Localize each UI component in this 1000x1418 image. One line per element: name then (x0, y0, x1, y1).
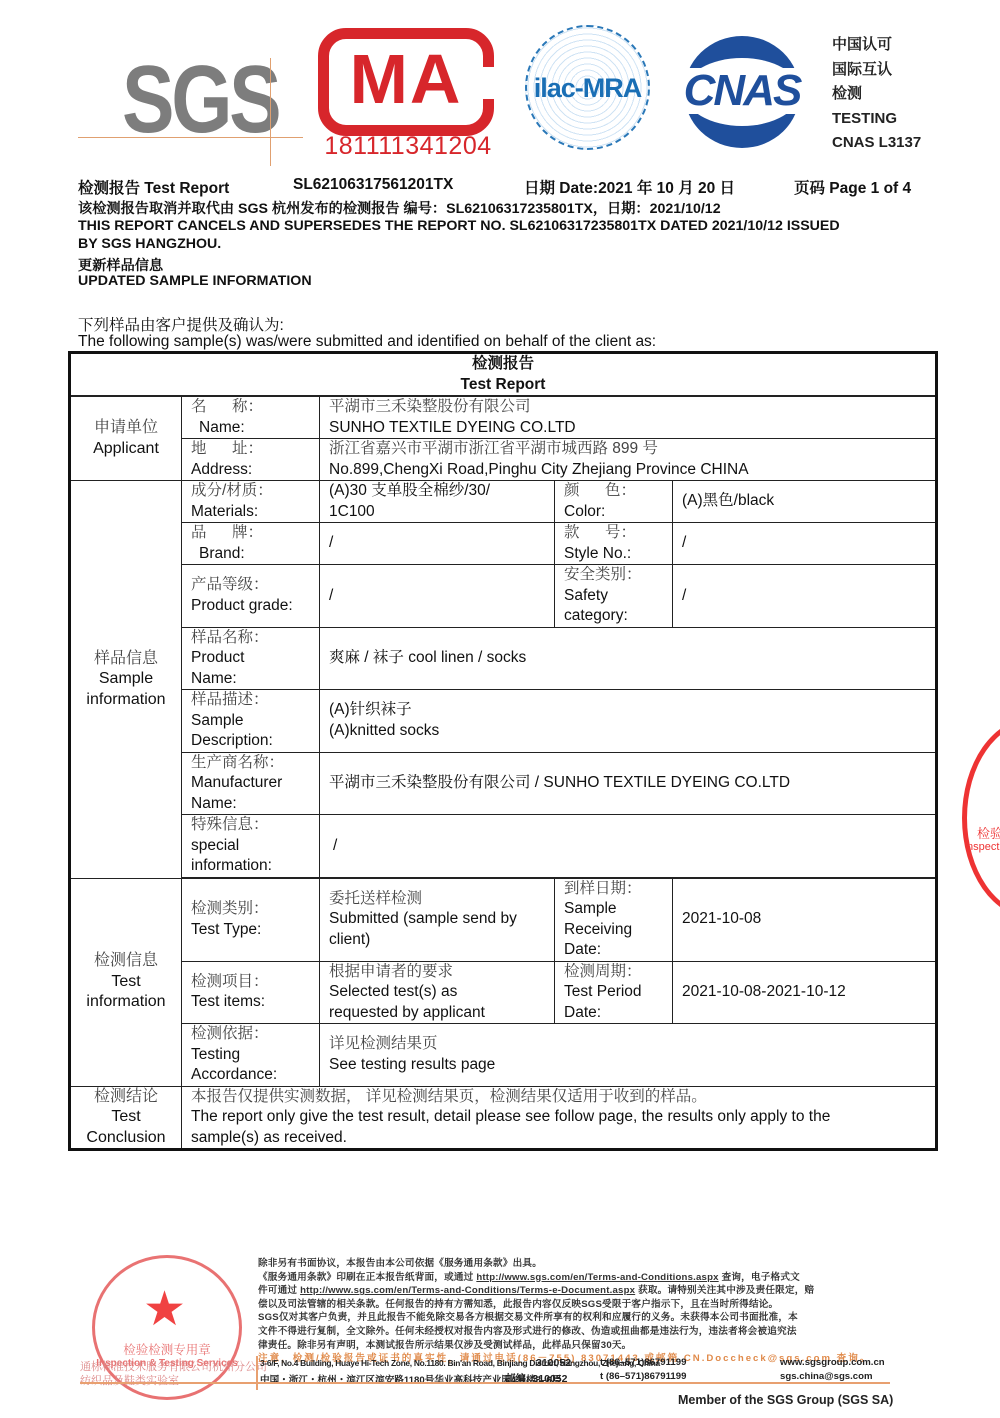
label-zh: 牌： (232, 523, 263, 544)
value-safety-category: / (673, 565, 937, 628)
report-number: SL62106317561201TX (293, 176, 453, 194)
label-zh: 样品描述： (191, 690, 311, 711)
value-applicant-name: 平湖市三禾染整股份有限公司 SUNHO TEXTILE DYEING CO.LT… (320, 396, 937, 439)
section-test-conclusion: 检测结论 Test Conclusion (70, 1086, 182, 1150)
report-label: 检测报告 Test Report (78, 176, 229, 198)
label-sample-description: 样品描述： Sample Description: (182, 690, 320, 753)
value-zh: 本报告仅提供实测数据， 详见检测结果页，检测结果仅适用于收到的样品。 (191, 1087, 927, 1108)
value-zh: 委托送样检测 (329, 889, 546, 910)
value-en: The report only give the test result, de… (191, 1107, 927, 1128)
label-en: Product (191, 648, 311, 669)
label-en: Name: (191, 669, 311, 690)
label-en: Style No.: (564, 544, 664, 565)
table-row: 样品名称： Product Name: 爽麻 / 袜子 cool linen /… (70, 627, 937, 690)
footer-divider (80, 1382, 890, 1384)
section-test-information: 检测信息 Test information (70, 878, 182, 1086)
value-zh: 平湖市三禾染整股份有限公司 (329, 397, 927, 418)
table-row: 检测结论 Test Conclusion 本报告仅提供实测数据， 详见检测结果页… (70, 1086, 937, 1150)
fine-print-text: 件可通过 (258, 1285, 297, 1296)
cancel-notice-en-2: BY SGS HANGZHOU. (78, 236, 221, 252)
value-en: Submitted (sample send by (329, 909, 546, 930)
fine-print-line: 文件不得进行复制，全文除外。任何未经授权对报告内容及形式进行的修改、伪造或扭曲都… (258, 1325, 878, 1339)
label-en: Address: (191, 460, 311, 481)
label-en: Description: (191, 731, 311, 752)
value-sample-description: (A)针织袜子 (A)knitted socks (320, 690, 937, 753)
label-zh: 色： (605, 481, 636, 502)
label-en: Date: (564, 1003, 664, 1024)
label-zh: 称： (232, 397, 263, 418)
footer-divider (256, 1356, 258, 1390)
label-zh: 生产商名称： (191, 753, 311, 774)
star-icon: ★ (143, 1286, 186, 1334)
table-row: 地址： Address: 浙江省嘉兴市平湖市浙江省平湖市城西路 899 号 No… (70, 439, 937, 481)
value-line: (A)30 支单股全棉纱/30/ (329, 481, 546, 502)
cma-logo: MA 181111341204 (316, 26, 496, 160)
value-en: Selected test(s) as (329, 982, 546, 1003)
table-row: 生产商名称： Manufacturer Name: 平湖市三禾染整股份有限公司 … (70, 752, 937, 815)
cma-mark: MA (328, 44, 484, 114)
value-en: No.899,ChengXi Road,Pinghu City Zhejiang… (329, 460, 927, 481)
terms-fine-print: 除非另有书面协议，本报告由本公司依据《服务通用条款》出具。 《服务通用条款》印刷… (258, 1257, 878, 1366)
website-link[interactable]: www.sgsgroup.com.cn (780, 1357, 885, 1368)
section-sample-information: 样品信息 Sample information (70, 481, 182, 879)
label-materials: 成分/材质： Materials: (182, 481, 320, 523)
logo-rule (270, 58, 271, 166)
value-brand: / (320, 523, 555, 565)
value-applicant-address: 浙江省嘉兴市平湖市浙江省平湖市城西路 899 号 No.899,ChengXi … (320, 439, 937, 481)
fine-print-line: 律责任。除非另有声明，本测试报告所示结果仅涉及受测试样品，此样品只保留30天。 (258, 1339, 878, 1353)
email-link[interactable]: sgs.china@sgs.com (780, 1371, 873, 1382)
seal-text: nspection (967, 841, 1000, 853)
label-en: Test items: (191, 992, 311, 1013)
cancel-notice-en: THIS REPORT CANCELS AND SUPERSEDES THE R… (78, 218, 840, 234)
phone-number: t (86–571)86791199 (600, 1371, 686, 1382)
value-test-conclusion: 本报告仅提供实测数据， 详见检测结果页，检测结果仅适用于收到的样品。 The r… (182, 1086, 937, 1150)
seal-text: 检验检测专用章 (95, 1340, 239, 1358)
accreditation-text: 中国认可 国际互认 检测 TESTING CNAS L3137 (832, 33, 921, 156)
label-zh: 品 (191, 523, 207, 544)
sgs-logo-text: SGS (122, 52, 278, 148)
value-en: See testing results page (329, 1055, 927, 1076)
section-label-en: Test (75, 972, 177, 993)
label-zh: 特殊信息： (191, 815, 311, 836)
value-en: SUNHO TEXTILE DYEING CO.LTD (329, 418, 927, 439)
value-en: sample(s) as received. (191, 1128, 927, 1149)
label-en: Name: (191, 418, 311, 439)
label-brand: 品牌： Brand: (182, 523, 320, 565)
page-number: 页码 Page 1 of 4 (794, 176, 911, 198)
value-product-name: 爽麻 / 袜子 cool linen / socks (320, 627, 937, 690)
fine-print-line: 件可通过 http://www.sgs.com/en/Terms-and-Con… (258, 1284, 878, 1298)
section-label-zh: 检测结论 (75, 1087, 177, 1108)
label-zh: 样品名称： (191, 628, 311, 649)
label-zh: 地 (191, 439, 207, 460)
test-report-table: 检测报告 Test Report 申请单位 Applicant 名称： Name… (68, 351, 938, 1151)
label-zh: 检测周期： (564, 962, 664, 983)
value-en: requested by applicant (329, 1003, 546, 1024)
label-zh: 款 (564, 523, 580, 544)
label-en: Brand: (191, 544, 311, 565)
label-style-no: 款号： Style No.: (555, 523, 673, 565)
value-test-period-date: 2021-10-08-2021-10-12 (673, 961, 937, 1024)
label-en: Sample (564, 899, 664, 920)
cnas-logo: CNAS (668, 36, 816, 148)
label-testing-accordance: 检测依据： Testing Accordance: (182, 1024, 320, 1087)
label-en: information: (191, 856, 311, 877)
postcode-en: 310052 (536, 1357, 571, 1369)
accreditation-line: 中国认可 (832, 33, 921, 58)
table-row: 样品描述： Sample Description: (A)针织袜子 (A)kni… (70, 690, 937, 753)
table-row: 产品等级： Product grade: / 安全类别： Safety cate… (70, 565, 937, 628)
fine-print-text: 查询，电子格式文 (722, 1272, 800, 1283)
label-manufacturer-name: 生产商名称： Manufacturer Name: (182, 752, 320, 815)
fine-print-text: 《服务通用条款》印刷在正本报告纸背面，或通过 (258, 1272, 473, 1283)
label-zh: 检测依据： (191, 1024, 311, 1045)
label-zh: 颜 (564, 481, 580, 502)
value-en: client) (329, 930, 546, 951)
fine-print-line: SGS仅对其客户负责，并且此报告不能免除交易各方根据交易文件所享有的权利和应履行… (258, 1311, 878, 1325)
accreditation-line: TESTING (832, 107, 921, 132)
label-en: Safety (564, 586, 664, 607)
value-line: 1C100 (329, 502, 546, 523)
label-en: Test Period (564, 982, 664, 1003)
label-en: Testing (191, 1045, 311, 1066)
section-applicant: 申请单位 Applicant (70, 396, 182, 481)
report-date: 日期 Date:2021 年 10 月 20 日 (524, 176, 735, 198)
table-row: 品牌： Brand: / 款号： Style No.: / (70, 523, 937, 565)
value-zh: 详见检测结果页 (329, 1034, 927, 1055)
table-row: 检测依据： Testing Accordance: 详见检测结果页 See te… (70, 1024, 937, 1087)
label-zh: 产品等级： (191, 575, 311, 596)
label-en: Name: (191, 794, 311, 815)
label-en: Product grade: (191, 596, 311, 617)
cnas-text: CNAS (668, 68, 816, 114)
section-label-zh: 申请单位 (75, 418, 177, 439)
intro-en: The following sample(s) was/were submitt… (78, 333, 656, 351)
label-color: 颜色： Color: (555, 481, 673, 523)
terms-link[interactable]: http://www.sgs.com/en/Terms-and-Conditio… (476, 1272, 718, 1283)
intro-zh: 下列样品由客户提供及确认为: (78, 313, 284, 335)
sgs-logo: SGS (78, 30, 303, 140)
fine-print-line: 偿以及司法管辖的相关条款。任何报告的持有方需知悉，此报告内容仅反映SGS受限于客… (258, 1298, 878, 1312)
label-name: 名称： Name: (182, 396, 320, 439)
fine-print-text: 获取。请特别关注其中涉及责任限定，赔 (638, 1285, 814, 1296)
label-address: 地址： Address: (182, 439, 320, 481)
value-product-grade: / (320, 565, 555, 628)
section-label-en: information (75, 992, 177, 1013)
label-zh: 名 (191, 397, 207, 418)
value-zh: 浙江省嘉兴市平湖市浙江省平湖市城西路 899 号 (329, 439, 927, 460)
cma-number: 181111341204 (318, 132, 498, 161)
section-label-zh: 检测信息 (75, 951, 177, 972)
label-test-items: 检测项目： Test items: (182, 961, 320, 1024)
updated-label-zh: 更新样品信息 (78, 255, 163, 275)
accreditation-line: 国际互认 (832, 58, 921, 83)
table-title-zh: 检测报告 (79, 354, 927, 375)
section-label-en: Conclusion (75, 1128, 177, 1149)
label-safety-category: 安全类别： Safety category: (555, 565, 673, 628)
label-zh: 检测类别： (191, 899, 311, 920)
label-en: category: (564, 606, 664, 627)
value-zh: 根据申请者的要求 (329, 962, 546, 983)
label-zh: 检测项目： (191, 972, 311, 993)
section-label-zh: 样品信息 (75, 649, 177, 670)
value-special-information: / (320, 815, 937, 878)
label-en: Manufacturer (191, 773, 311, 794)
ilac-mra-text: ilac-MRA (525, 73, 650, 104)
official-seal-stamp: 检验 nspection (962, 718, 1000, 918)
value-zh: (A)针织袜子 (329, 700, 927, 721)
section-label-en: Sample (75, 669, 177, 690)
value-materials: (A)30 支单股全棉纱/30/ 1C100 (320, 481, 555, 523)
label-zh: 到样日期： (564, 879, 664, 900)
phone-number: t (86–571)86791199 (600, 1357, 686, 1368)
label-zh: 址： (232, 439, 263, 460)
ilac-mra-logo: ilac-MRA (525, 25, 650, 150)
value-en: (A)knitted socks (329, 721, 927, 742)
value-manufacturer-name: 平湖市三禾染整股份有限公司 / SUNHO TEXTILE DYEING CO.… (320, 752, 937, 815)
table-row: 特殊信息： special information: / (70, 815, 937, 878)
table-title: 检测报告 Test Report (70, 353, 937, 397)
label-en: Sample (191, 711, 311, 732)
table-row: 检测项目： Test items: 根据申请者的要求 Selected test… (70, 961, 937, 1024)
member-of-sgs-group: Member of the SGS Group (SGS SA) (678, 1393, 893, 1407)
label-en: Accordance: (191, 1065, 311, 1086)
accreditation-line: 检测 (832, 82, 921, 107)
accreditation-line: CNAS L3137 (832, 131, 921, 156)
label-product-name: 样品名称： Product Name: (182, 627, 320, 690)
label-zh: 安全类别： (564, 565, 664, 586)
label-en: Materials: (191, 502, 311, 523)
value-test-items: 根据申请者的要求 Selected test(s) as requested b… (320, 961, 555, 1024)
fine-print-line: 《服务通用条款》印刷在正本报告纸背面，或通过 http://www.sgs.co… (258, 1271, 878, 1285)
value-style-no: / (673, 523, 937, 565)
value-color: (A)黑色/black (673, 481, 937, 523)
updated-label-en: UPDATED SAMPLE INFORMATION (78, 273, 312, 289)
label-sample-receiving-date: 到样日期： Sample Receiving Date: (555, 878, 673, 961)
table-row: 检测信息 Test information 检测类别： Test Type: 委… (70, 878, 937, 961)
fine-print-line: 除非另有书面协议，本报告由本公司依据《服务通用条款》出具。 (258, 1257, 878, 1271)
e-document-link[interactable]: http://www.sgs.com/en/Terms-and-Conditio… (300, 1285, 635, 1296)
section-label-en: Test (75, 1107, 177, 1128)
label-product-grade: 产品等级： Product grade: (182, 565, 320, 628)
value-testing-accordance: 详见检测结果页 See testing results page (320, 1024, 937, 1087)
value-test-type: 委托送样检测 Submitted (sample send by client) (320, 878, 555, 961)
label-en: Receiving (564, 920, 664, 941)
label-test-type: 检测类别： Test Type: (182, 878, 320, 961)
seal-text: 检验 (977, 823, 1000, 842)
section-label-en: information (75, 690, 177, 711)
label-special-information: 特殊信息： special information: (182, 815, 320, 878)
section-label-en: Applicant (75, 439, 177, 460)
label-test-period-date: 检测周期： Test Period Date: (555, 961, 673, 1024)
label-en: special (191, 836, 311, 857)
label-en: Test Type: (191, 920, 311, 941)
value-sample-receiving-date: 2021-10-08 (673, 878, 937, 961)
table-row: 申请单位 Applicant 名称： Name: 平湖市三禾染整股份有限公司 S… (70, 396, 937, 439)
cancel-notice-zh: 该检测报告取消并取代由 SGS 杭州发布的检测报告 编号：SL621063172… (78, 198, 721, 218)
label-zh: 号： (605, 523, 636, 544)
table-title-en: Test Report (79, 375, 927, 396)
lab-name: 纺织品及鞋类实验室 (80, 1372, 179, 1388)
label-en: Color: (564, 502, 664, 523)
label-zh: 成分/材质： (191, 481, 311, 502)
label-en: Date: (564, 940, 664, 961)
table-row: 样品信息 Sample information 成分/材质： Materials… (70, 481, 937, 523)
